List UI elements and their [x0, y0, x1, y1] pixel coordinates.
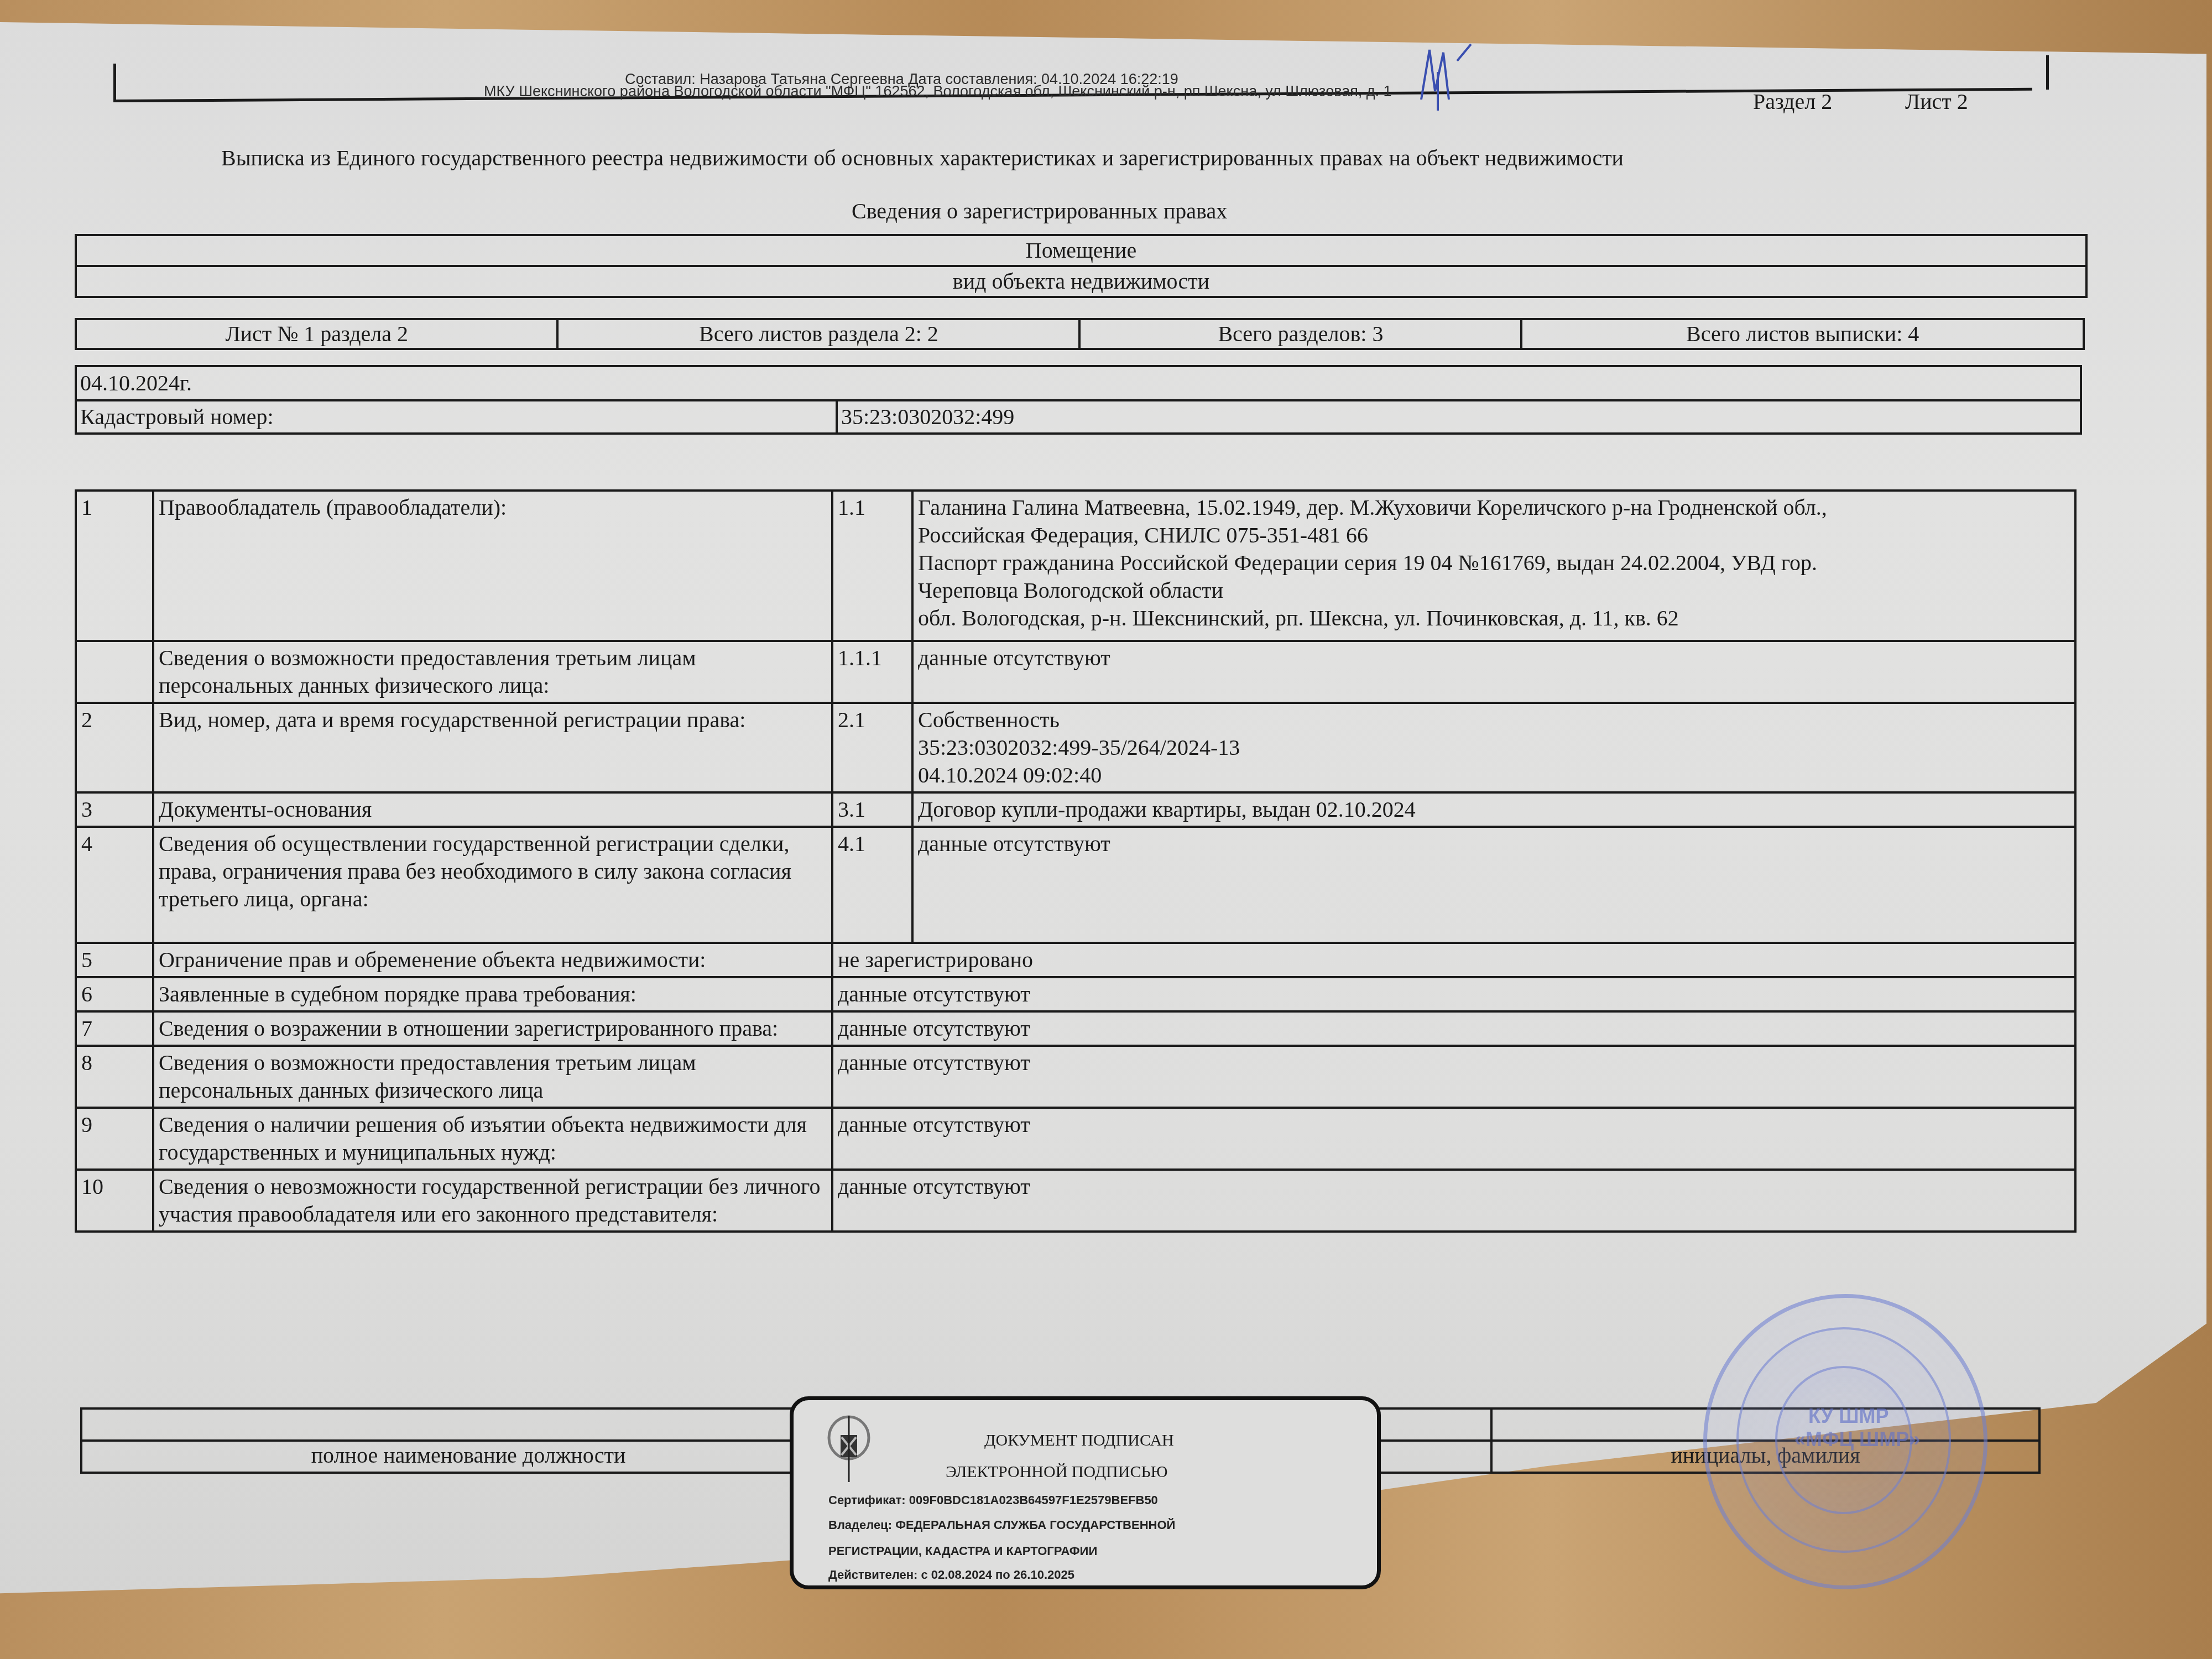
registration-datetime: 04.10.2024 09:02:40	[918, 761, 2070, 789]
row-label: Вид, номер, дата и время государственной…	[153, 703, 832, 792]
row-number: 10	[76, 1170, 153, 1232]
object-type-table: Помещение вид объекта недвижимости	[75, 234, 2088, 298]
row-number: 8	[76, 1046, 153, 1108]
row-value: Договор купли-продажи квартиры, выдан 02…	[912, 792, 2075, 827]
sheet-label: Лист 2	[1905, 88, 1968, 114]
object-type-caption: вид объекта недвижимости	[76, 266, 2086, 297]
object-type-value: Помещение	[76, 235, 2086, 266]
table-row: 2 Вид, номер, дата и время государственн…	[76, 703, 2075, 792]
extract-date: 04.10.2024г.	[76, 366, 2081, 400]
row-label: Сведения о возможности предоставления тр…	[153, 641, 832, 703]
handwritten-signature-icon	[1405, 39, 1515, 111]
row-value: данные отсутствуют	[912, 827, 2075, 943]
row-number	[76, 641, 153, 703]
owner-line: обл. Вологодская, р-н. Шекснинский, рп. …	[918, 604, 2070, 632]
row-label: Правообладатель (правообладатели):	[153, 491, 832, 641]
row-subnumber: 1.1	[832, 491, 912, 641]
table-row: 4 Сведения об осуществлении государствен…	[76, 827, 2075, 943]
right-type: Собственность	[918, 706, 2070, 734]
signature-title-1: ДОКУМЕНТ ПОДПИСАН	[984, 1431, 1174, 1450]
row-number: 2	[76, 703, 153, 792]
owner-line: Российская Федерация, СНИЛС 075-351-481 …	[918, 521, 2070, 549]
sheet-of-section: Лист № 1 раздела 2	[76, 319, 557, 349]
organization-address: МКУ Шекснинского района Вологодской обла…	[484, 83, 1392, 100]
total-sheets-section: Всего листов раздела 2: 2	[557, 319, 1079, 349]
row-subnumber: 1.1.1	[832, 641, 912, 703]
row-value: данные отсутствуют	[832, 1046, 2075, 1108]
coat-of-arms-icon	[824, 1413, 874, 1485]
row-label: Ограничение прав и обременение объекта н…	[153, 943, 832, 977]
registration-number: 35:23:0302032:499-35/264/2024-13	[918, 734, 2070, 761]
table-row: Сведения о возможности предоставления тр…	[76, 641, 2075, 703]
table-row: 10 Сведения о невозможности государствен…	[76, 1170, 2075, 1232]
table-row: 5 Ограничение прав и обременение объекта…	[76, 943, 2075, 977]
section-label: Раздел 2	[1753, 88, 1832, 114]
row-subnumber: 2.1	[832, 703, 912, 792]
owner-line: Череповца Вологодской области	[918, 577, 2070, 604]
table-row: 9 Сведения о наличии решения об изъятии …	[76, 1108, 2075, 1170]
row-value: Собственность 35:23:0302032:499-35/264/2…	[912, 703, 2075, 792]
stamp-text-2: «МФЦ ШМР»	[1794, 1428, 1920, 1451]
total-sheets-extract: Всего листов выписки: 4	[1521, 319, 2084, 349]
certificate-validity: Действителен: с 02.08.2024 по 26.10.2025	[828, 1568, 1074, 1582]
document-title: Выписка из Единого государственного реес…	[221, 145, 1624, 171]
header-bracket-left	[113, 64, 116, 102]
header-bracket-right	[2046, 55, 2049, 90]
document-subtitle: Сведения о зарегистрированных правах	[852, 198, 1227, 224]
owner-line: Паспорт гражданина Российской Федерации …	[918, 549, 2070, 577]
row-value: данные отсутствуют	[832, 1170, 2075, 1232]
row-value: данные отсутствуют	[912, 641, 2075, 703]
rights-table: 1 Правообладатель (правообладатели): 1.1…	[75, 489, 2077, 1233]
total-sections: Всего разделов: 3	[1079, 319, 1521, 349]
row-label: Документы-основания	[153, 792, 832, 827]
row-subnumber: 3.1	[832, 792, 912, 827]
certificate-owner-2: РЕГИСТРАЦИИ, КАДАСТРА И КАРТОГРАФИИ	[828, 1544, 1097, 1558]
row-number: 9	[76, 1108, 153, 1170]
row-number: 5	[76, 943, 153, 977]
row-number: 7	[76, 1011, 153, 1046]
table-row: 3 Документы-основания 3.1 Договор купли-…	[76, 792, 2075, 827]
signature-title-2: ЭЛЕКТРОННОЙ ПОДПИСЬЮ	[946, 1463, 1168, 1481]
table-row: 8 Сведения о возможности предоставления …	[76, 1046, 2075, 1108]
row-value: Галанина Галина Матвеевна, 15.02.1949, д…	[912, 491, 2075, 641]
row-subnumber: 4.1	[832, 827, 912, 943]
certificate-owner-1: Владелец: ФЕДЕРАЛЬНАЯ СЛУЖБА ГОСУДАРСТВЕ…	[828, 1518, 1175, 1532]
row-label: Заявленные в судебном порядке права треб…	[153, 977, 832, 1011]
row-value: не зарегистрировано	[832, 943, 2075, 977]
row-number: 6	[76, 977, 153, 1011]
row-value: данные отсутствуют	[832, 1011, 2075, 1046]
row-number: 3	[76, 792, 153, 827]
row-number: 1	[76, 491, 153, 641]
table-row: 1 Правообладатель (правообладатели): 1.1…	[76, 491, 2075, 641]
position-caption: полное наименование должности	[81, 1441, 855, 1473]
table-row: 6 Заявленные в судебном порядке права тр…	[76, 977, 2075, 1011]
sheet-info-table: Лист № 1 раздела 2 Всего листов раздела …	[75, 318, 2085, 350]
row-label: Сведения о невозможности государственной…	[153, 1170, 832, 1232]
row-label: Сведения о возможности предоставления тр…	[153, 1046, 832, 1108]
cadastral-value: 35:23:0302032:499	[837, 400, 2081, 434]
stamp-text-1: КУ ШМР	[1808, 1405, 1888, 1428]
owner-line: Галанина Галина Матвеевна, 15.02.1949, д…	[918, 494, 2070, 521]
certificate-number: Сертификат: 009F0BDC181A023B64597F1E2579…	[828, 1493, 1158, 1507]
table-row: 7 Сведения о возражении в отношении заре…	[76, 1011, 2075, 1046]
row-value: данные отсутствуют	[832, 977, 2075, 1011]
row-number: 4	[76, 827, 153, 943]
cadastral-label: Кадастровый номер:	[76, 400, 837, 434]
row-label: Сведения об осуществлении государственно…	[153, 827, 832, 943]
cadastral-table: 04.10.2024г. Кадастровый номер: 35:23:03…	[75, 365, 2082, 435]
row-label: Сведения о возражении в отношении зареги…	[153, 1011, 832, 1046]
row-value: данные отсутствуют	[832, 1108, 2075, 1170]
row-label: Сведения о наличии решения об изъятии об…	[153, 1108, 832, 1170]
